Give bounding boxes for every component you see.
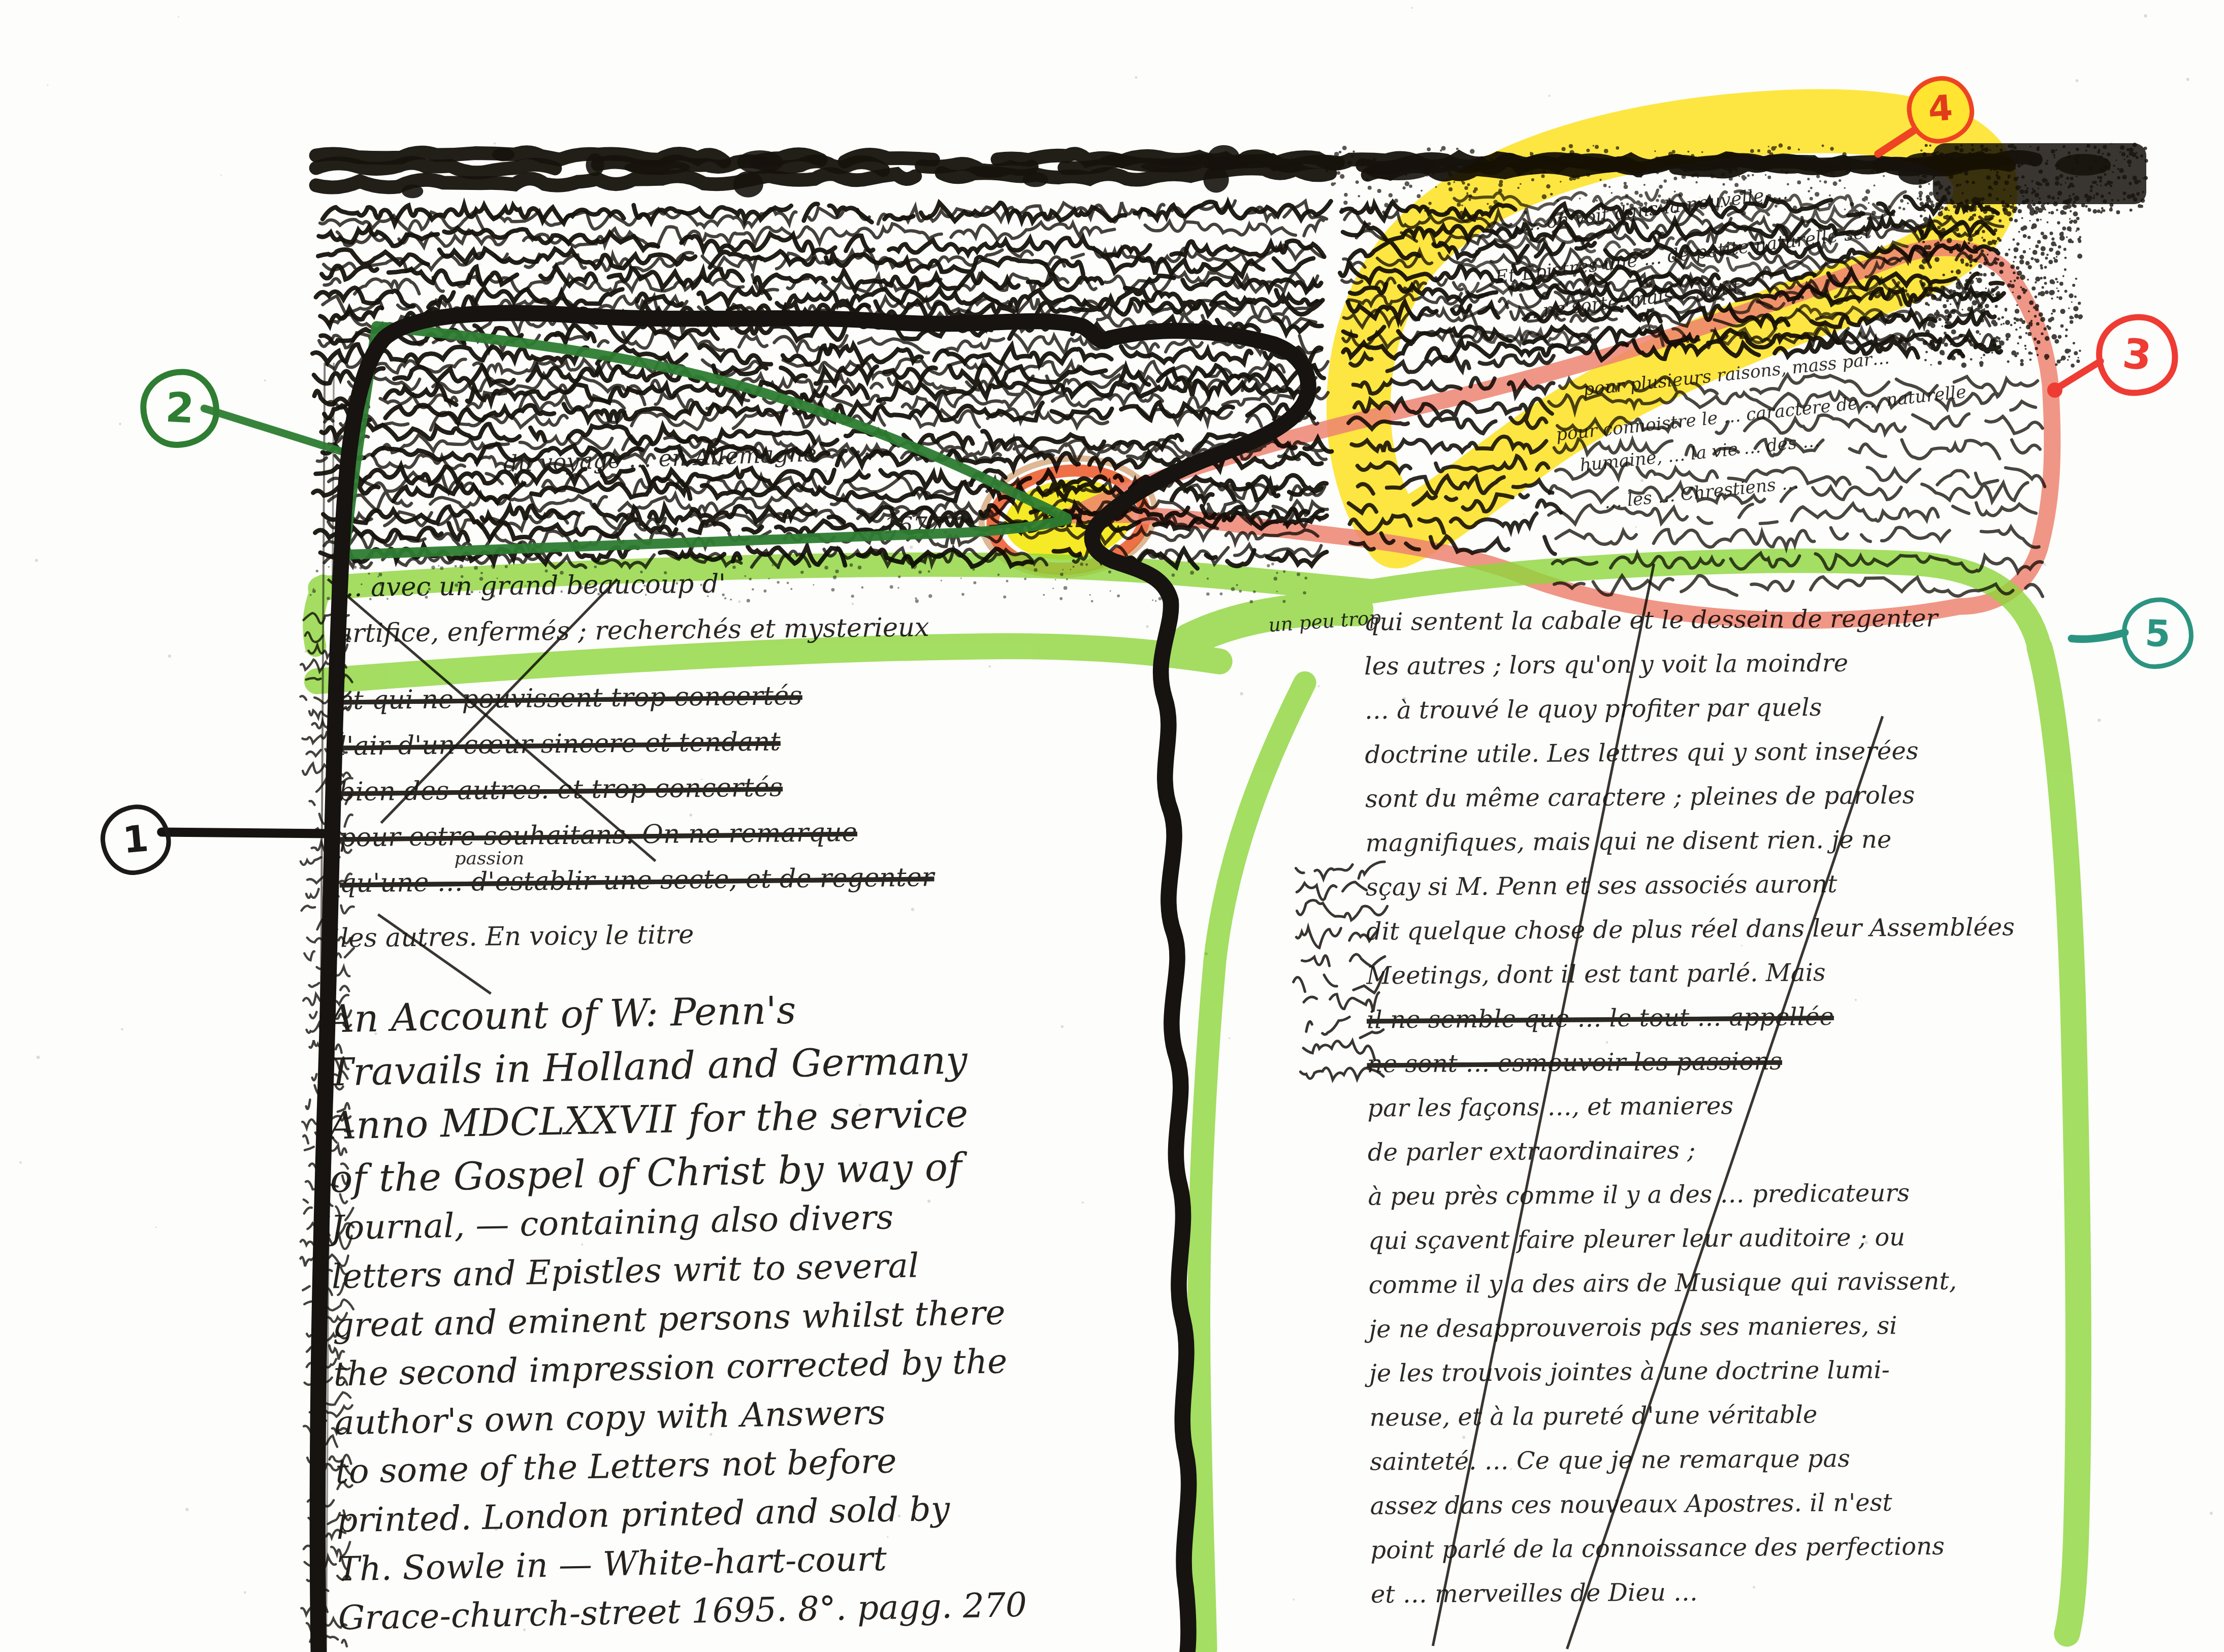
- scan-scaler: … avec un grand beaucoup d'artifice, enf…: [0, 0, 2224, 1652]
- leader-line-3: [2047, 361, 2101, 398]
- leader-line-5: [2072, 632, 2125, 639]
- manuscript-scan: … avec un grand beaucoup d'artifice, enf…: [0, 0, 2224, 1652]
- annotation-number: 1: [121, 817, 150, 862]
- leader-line-1: [162, 832, 329, 833]
- annotation-number: 5: [2144, 611, 2171, 655]
- black-marker-line: [162, 313, 1308, 1652]
- dark-green-outline: [204, 326, 1067, 555]
- annotation-number: 3: [2120, 330, 2154, 380]
- leader-line-4: [1878, 128, 1918, 154]
- annotation-number: 2: [165, 384, 196, 433]
- marker-layer: [0, 0, 2224, 1652]
- annotation-number: 4: [1927, 89, 1954, 130]
- leader-line-2: [204, 408, 360, 457]
